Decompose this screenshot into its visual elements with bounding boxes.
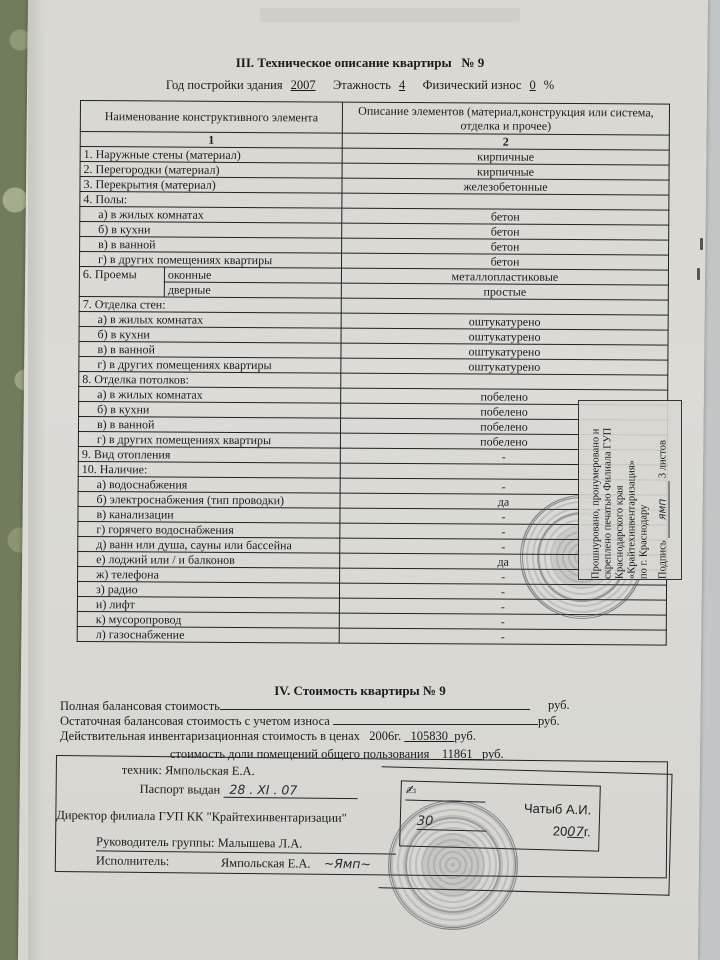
row-label: 10. Наличие: — [78, 461, 340, 478]
building-info-line: Год постройки здания2007 Этажность4 Физи… — [0, 78, 720, 93]
passport-issued: Паспорт выдан 28 . XI . 07 — [140, 781, 358, 799]
inventory-value: 105830 — [410, 729, 448, 743]
window-label: оконные — [164, 267, 341, 283]
inventory-cost: Действительная инвентаризационная стоимо… — [60, 729, 476, 744]
section4-title: IV. Стоимость квартиры № 9 — [0, 683, 720, 699]
row-label: а) водоснабжения — [78, 476, 340, 493]
row-label: 8. Отделка потолков: — [79, 371, 341, 388]
row-label: а) в жилых комнатах — [79, 386, 341, 403]
row-label: з) радио — [77, 581, 339, 598]
executor-name: Ямпольская Е.А. ~Ямп~ — [221, 855, 371, 873]
row-label: г) в других помещениях квартиры — [79, 356, 341, 373]
row-label: и) лифт — [77, 596, 339, 613]
stamp-text-line: Краснодарского края — [615, 401, 627, 579]
round-seal-stamp-2 — [388, 800, 518, 930]
stamp-text-line: по г. Краснодару — [639, 401, 651, 579]
row-label: г) горячего водоснабжения — [78, 521, 340, 538]
residual-cost: Остаточная балансовая стоимость с учетом… — [60, 713, 560, 729]
header-description: Описание элементов (материал,конструкция… — [342, 102, 669, 135]
sheets-label: листов — [658, 440, 669, 470]
row-label: 7. Отделка стен: — [79, 296, 341, 313]
physical-wear: 0 — [521, 78, 543, 92]
row-label: в) в ванной — [79, 341, 341, 358]
row-label: г) в других помещениях квартиры — [79, 252, 341, 269]
openings-label: 6. Проемы — [79, 266, 164, 297]
director-line: Директор филиала ГУП КК "Крайтехинвентар… — [56, 808, 347, 826]
director-year: 2007г. — [553, 823, 591, 840]
group-lead-line: Руководитель группы: Малышева Л.А. — [96, 834, 302, 851]
binding-certification-stamp: Прошнуровано, пронумеровано искреплено п… — [578, 400, 682, 580]
header-element-name: Наименование конструктивного элемента — [80, 101, 342, 134]
page-left-edge — [28, 0, 44, 960]
stamp-signature-row: Подпись ямп 3 листов — [657, 401, 670, 579]
staple — [700, 238, 703, 250]
row-label: е) лоджий или / и балконов — [78, 551, 340, 568]
stamp-text-line: «Крайтехинвентаризация» — [627, 401, 639, 579]
full-balance-cost: Полная балансовая стоимость — [60, 698, 530, 714]
director-name: Чатыб А.И. — [524, 801, 592, 818]
executor-label: Исполнитель: — [96, 853, 170, 869]
build-year: 2007 — [283, 78, 324, 92]
currency-label-1: руб. — [548, 698, 570, 713]
table-header-row: Наименование конструктивного элемента Оп… — [80, 101, 669, 136]
row-label: 1. Наружные стены (материал) — [80, 147, 342, 164]
section3-title: III. Техническое описание квартиры № 9 — [0, 55, 720, 71]
row-label: л) газоснабжение — [77, 626, 339, 643]
door-label: дверные — [164, 282, 341, 298]
floors-count: 4 — [391, 78, 413, 92]
stamp-text-line: скреплено печатью Филиала ГУП — [603, 401, 615, 579]
row-label: б) электроснабжения (тип проводки) — [78, 491, 340, 508]
row-value: - — [339, 628, 666, 645]
row-label: к) мусоропровод — [77, 611, 339, 628]
row-label: 3. Перекрытия (материал) — [80, 177, 342, 194]
sheets-count: 3 — [658, 473, 669, 478]
row-label: 9. Вид отопления — [78, 446, 340, 463]
row-label: в) в ванной — [78, 416, 340, 433]
row-label: а) в жилых комнатах — [80, 207, 342, 224]
row-label: д) ванн или душа, сауны или бассейна — [78, 536, 340, 553]
row-label: 4. Полы: — [80, 192, 342, 209]
row-label: б) в кухни — [80, 222, 342, 239]
staple — [697, 268, 700, 280]
row-label: б) в кухни — [79, 326, 341, 343]
row-label: в) канализации — [78, 506, 340, 523]
stamp-text-line: Прошнуровано, пронумеровано и — [591, 401, 603, 579]
row-label: а) в жилых комнатах — [79, 311, 341, 328]
row-label: б) в кухни — [79, 401, 341, 418]
row-label: в) в ванной — [80, 237, 342, 254]
row-label: г) в других помещениях квартиры — [78, 431, 340, 448]
passport-date: 28 . XI . 07 — [223, 782, 357, 799]
bleed-through-text — [260, 8, 520, 22]
technician-line: техник: Ямпольская Е.А. — [122, 763, 255, 779]
executor-signature: ~Ямп~ — [324, 856, 371, 871]
amenities-row: л) газоснабжение- — [77, 626, 666, 645]
row-label: ж) телефона — [78, 566, 340, 583]
row-label: 2. Перегородки (материал) — [80, 162, 342, 179]
